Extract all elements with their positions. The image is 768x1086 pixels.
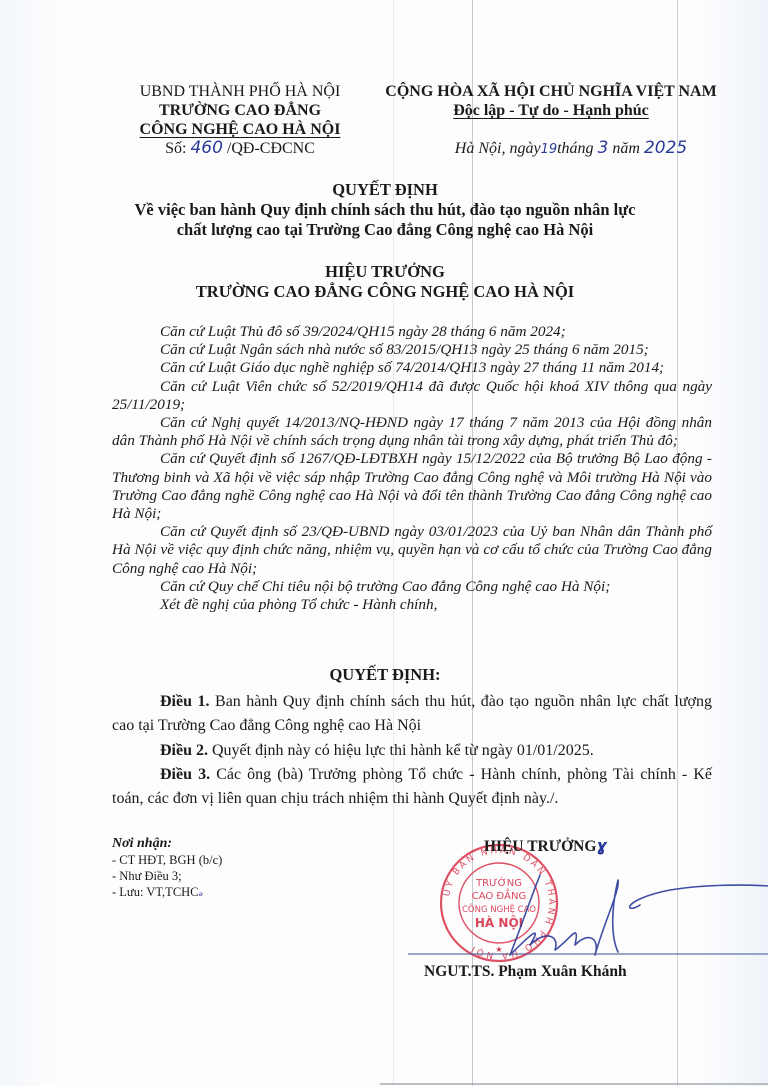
authority-position: HIỆU TRƯỞNG xyxy=(100,262,670,282)
issuing-authority-block: UBND THÀNH PHỐ HÀ NỘI TRƯỜNG CAO ĐẲNG CÔ… xyxy=(100,82,380,158)
legal-basis-item: Xét đề nghị của phòng Tổ chức - Hành chí… xyxy=(112,596,712,614)
authority-org: TRƯỜNG CAO ĐẲNG CÔNG NGHỆ CAO HÀ NỘI xyxy=(100,282,670,302)
legal-bases: Căn cứ Luật Thủ đô số 39/2024/QH15 ngày … xyxy=(112,323,712,614)
year-label: năm xyxy=(612,140,640,157)
subject-line2: chất lượng cao tại Trường Cao đẳng Công … xyxy=(100,220,670,240)
legal-basis-item: Căn cứ Luật Ngân sách nhà nước số 83/201… xyxy=(112,341,712,359)
articles: Điều 1. Ban hành Quy định chính sách thu… xyxy=(112,690,712,811)
document-type-heading: QUYẾT ĐỊNH xyxy=(100,180,670,200)
legal-basis-item: Căn cứ Quyết định số 1267/QĐ-LĐTBXH ngày… xyxy=(112,450,712,523)
legal-basis-item: Căn cứ Luật Thủ đô số 39/2024/QH15 ngày … xyxy=(112,323,712,341)
article-1: Điều 1. Ban hành Quy định chính sách thu… xyxy=(112,690,712,739)
article-text: Quyết định này có hiệu lực thi hành kể t… xyxy=(208,742,594,759)
recipient-item: - Như Điều 3; xyxy=(112,868,222,884)
subject-line1: Về việc ban hành Quy định chính sách thu… xyxy=(100,200,670,220)
signing-authority-heading: HIỆU TRƯỞNG TRƯỜNG CAO ĐẲNG CÔNG NGHỆ CA… xyxy=(100,262,670,302)
date-prefix: Hà Nội, ngày xyxy=(455,140,541,157)
number-prefix: Số: xyxy=(165,140,190,157)
scan-artifact-edge xyxy=(380,1083,768,1085)
article-label: Điều 1. xyxy=(160,693,210,710)
handwritten-day: 19 xyxy=(541,142,558,157)
legal-basis-item: Căn cứ Luật Giáo dục nghề nghiệp số 74/2… xyxy=(112,359,712,377)
initials-mark: ₔ xyxy=(199,886,204,899)
national-motto: Độc lập - Tự do - Hạnh phúc xyxy=(370,101,732,120)
document-title-block: QUYẾT ĐỊNH Về việc ban hành Quy định chí… xyxy=(100,180,670,240)
month-label: tháng xyxy=(557,140,593,157)
national-header-block: CỘNG HÒA XÃ HỘI CHỦ NGHĨA VIỆT NAM Độc l… xyxy=(370,82,732,159)
signature-underline xyxy=(408,953,768,955)
decision-heading: QUYẾT ĐỊNH: xyxy=(100,665,670,685)
legal-basis-item: Căn cứ Nghị quyết 14/2013/NQ-HĐND ngày 1… xyxy=(112,414,712,450)
recipients-label: Nơi nhận: xyxy=(112,836,222,852)
org-name-line1: TRƯỜNG CAO ĐẲNG xyxy=(100,101,380,120)
article-label: Điều 2. xyxy=(160,742,208,759)
recipient-item-text: - Lưu: VT,TCHC xyxy=(112,885,199,899)
signer-title-text: HIỆU TRƯỞNG xyxy=(484,838,596,855)
handwritten-number: 460 xyxy=(190,138,222,158)
article-2: Điều 2. Quyết định này có hiệu lực thi h… xyxy=(112,739,712,763)
document-page: UBND THÀNH PHỐ HÀ NỘI TRƯỜNG CAO ĐẲNG CÔ… xyxy=(0,0,768,1086)
document-number: Số: 460 /QĐ-CĐCNC xyxy=(100,139,380,158)
article-3: Điều 3. Các ông (bà) Trưởng phòng Tổ chứ… xyxy=(112,763,712,812)
place-date: Hà Nội, ngày19tháng 3 năm 2025 xyxy=(370,139,732,159)
recipient-item: - Lưu: VT,TCHCₔ xyxy=(112,884,222,901)
number-suffix: /QĐ-CĐCNC xyxy=(223,140,315,157)
national-title: CỘNG HÒA XÃ HỘI CHỦ NGHĨA VIỆT NAM xyxy=(370,82,732,101)
parent-authority: UBND THÀNH PHỐ HÀ NỘI xyxy=(100,82,380,101)
signer-title: HIỆU TRƯỞNGɣ xyxy=(484,836,608,856)
legal-basis-item: Căn cứ Luật Viên chức số 52/2019/QH14 đã… xyxy=(112,378,712,414)
initial-flourish: ɣ xyxy=(596,836,608,855)
recipient-item: - CT HĐT, BGH (b/c) xyxy=(112,852,222,868)
handwritten-year: 2025 xyxy=(644,138,687,158)
recipients-block: Nơi nhận: - CT HĐT, BGH (b/c) - Như Điều… xyxy=(112,836,222,901)
legal-basis-item: Căn cứ Quy chế Chi tiêu nội bộ trường Ca… xyxy=(112,578,712,596)
legal-basis-item: Căn cứ Quyết định số 23/QĐ-UBND ngày 03/… xyxy=(112,523,712,578)
signer-name: NGUT.TS. Phạm Xuân Khánh xyxy=(424,963,627,981)
org-name-line2: CÔNG NGHỆ CAO HÀ NỘI xyxy=(100,120,380,139)
handwritten-month: 3 xyxy=(598,138,609,158)
article-label: Điều 3. xyxy=(160,766,210,783)
